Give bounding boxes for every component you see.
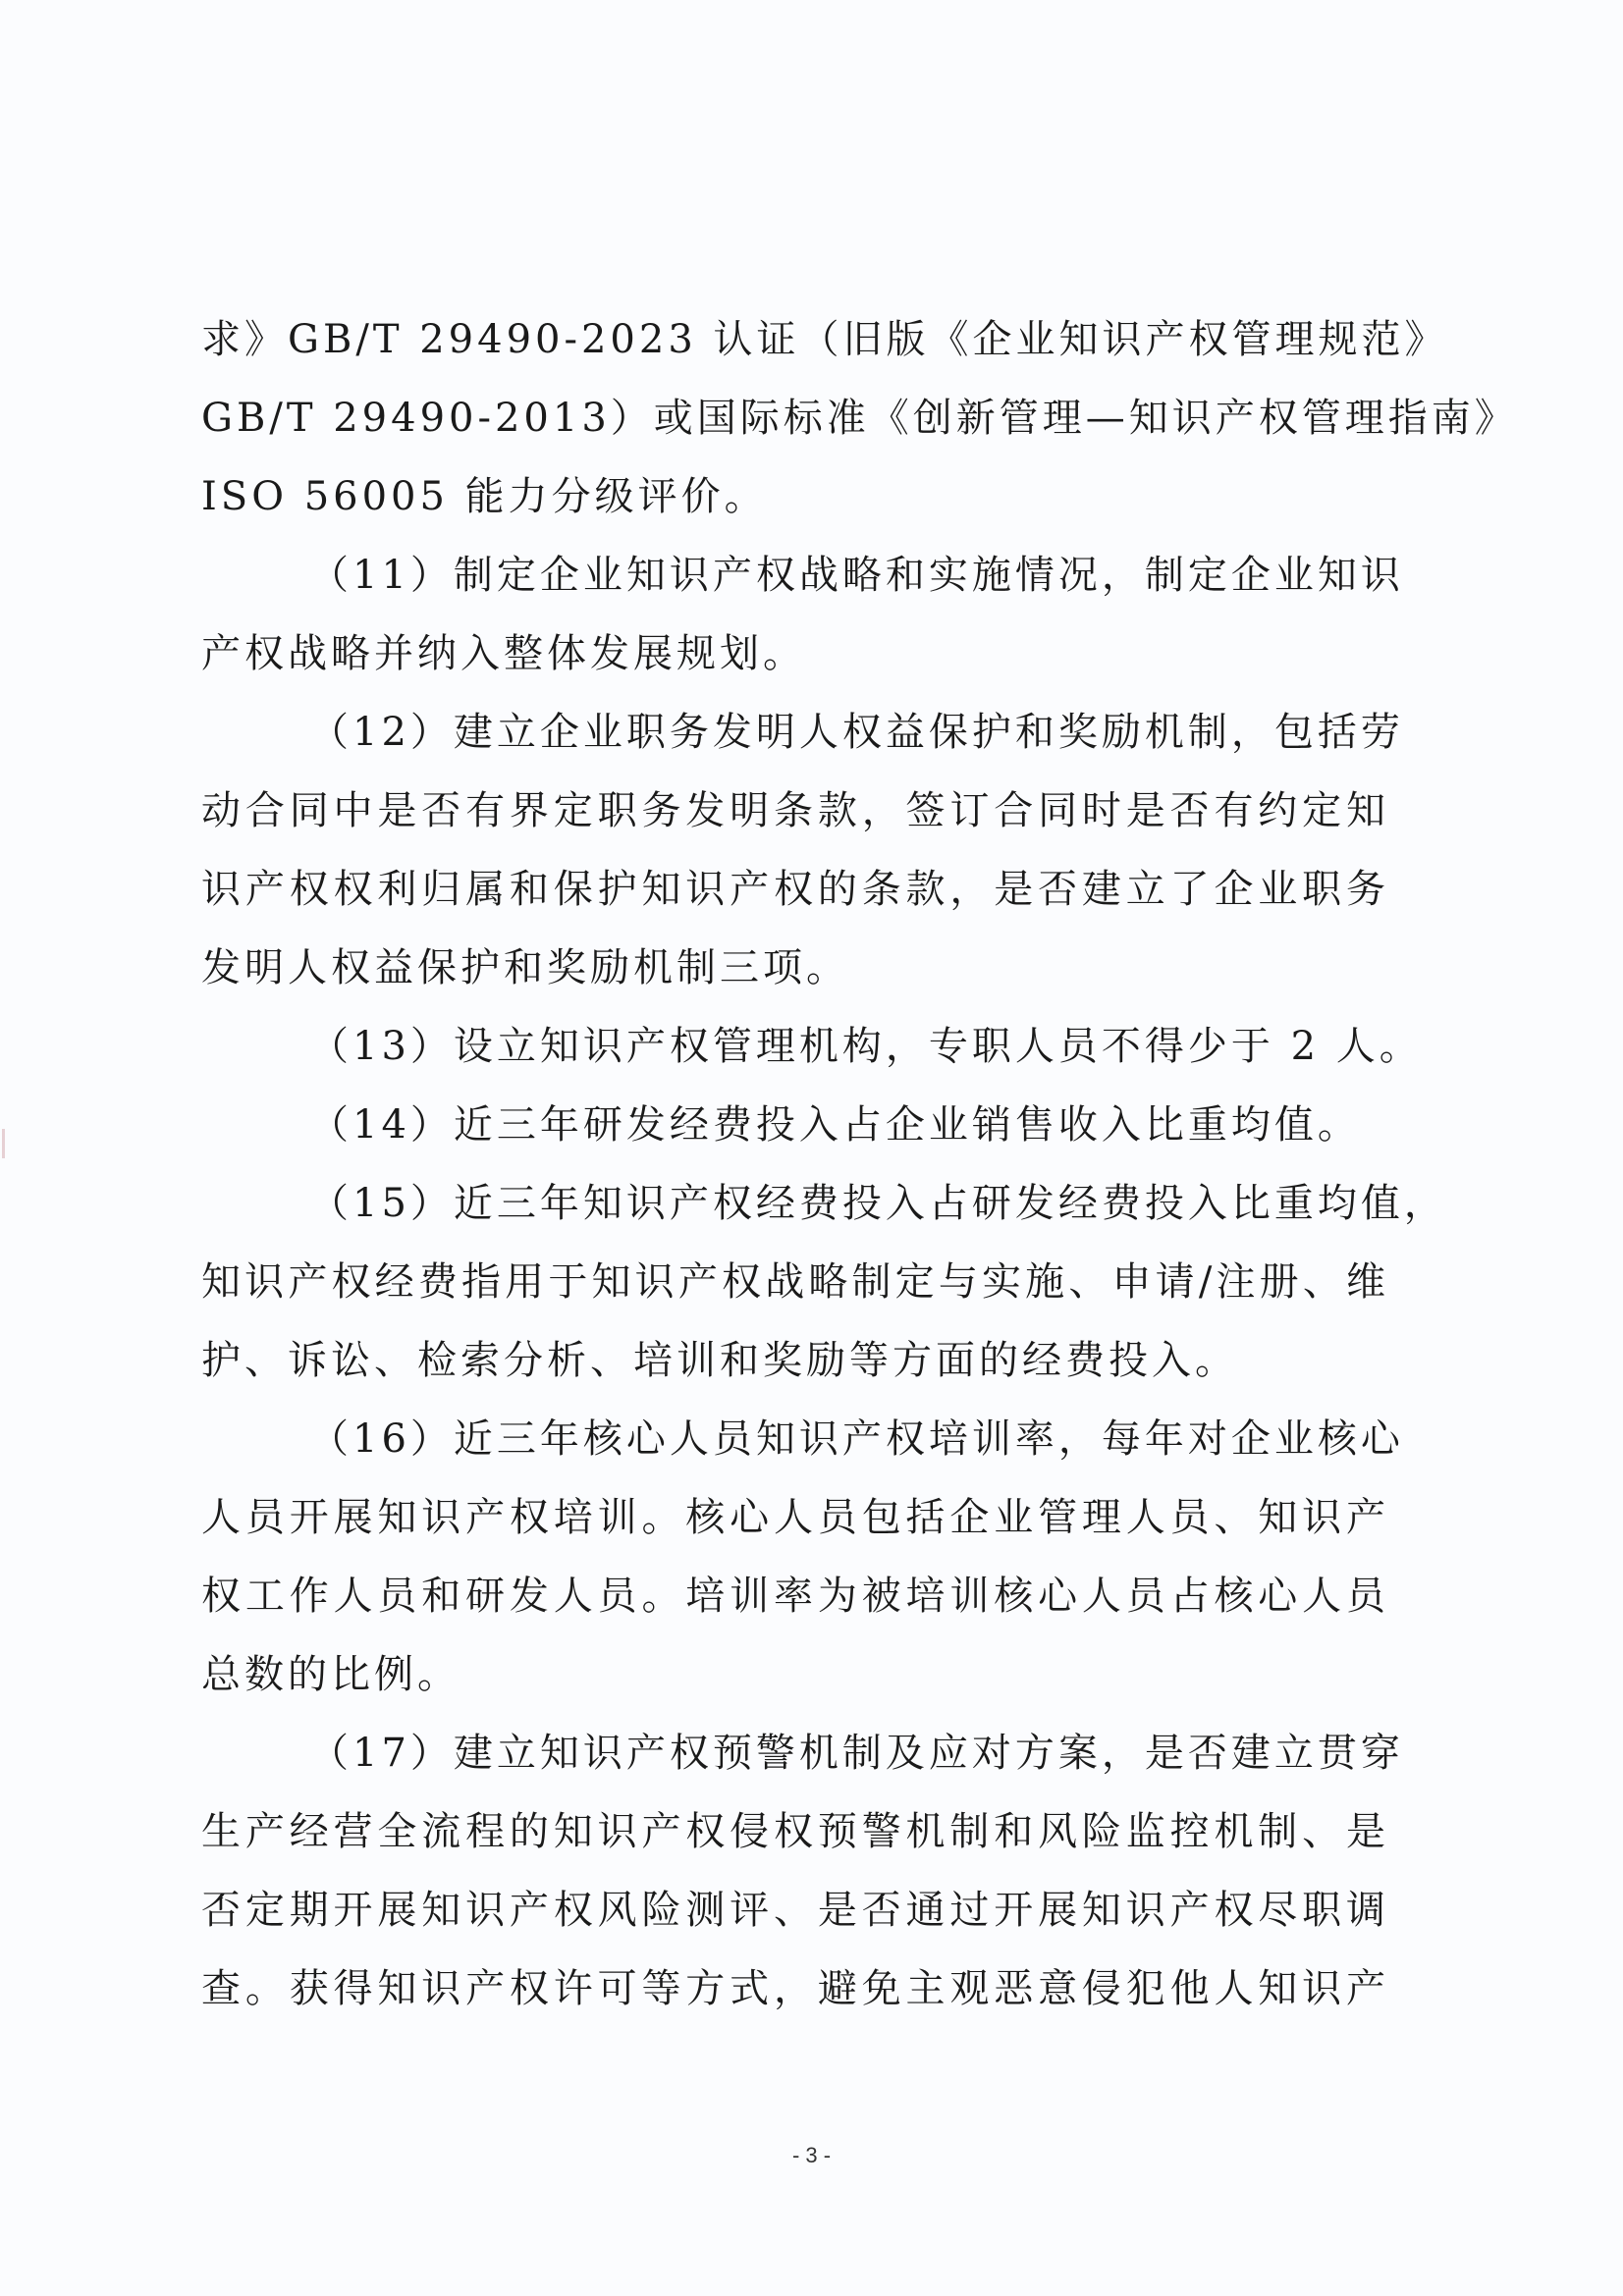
text-line: 权工作人员和研发人员。培训率为被培训核心人员占核心人员 (201, 1557, 1389, 1635)
text-line: （15）近三年知识产权经费投入占研发经费投入比重均值， (201, 1164, 1389, 1243)
text-line: 总数的比例。 (201, 1635, 1389, 1714)
text-line: 护、诉讼、检索分析、培训和奖励等方面的经费投入。 (201, 1321, 1389, 1400)
paragraph-item-15: （15）近三年知识产权经费投入占研发经费投入比重均值， 知识产权经费指用于知识产… (201, 1164, 1389, 1400)
text-line: （13）设立知识产权管理机构，专职人员不得少于 2 人。 (201, 1007, 1389, 1086)
paragraph-continuation: 求》GB/T 29490-2023 认证（旧版《企业知识产权管理规范》 GB/T… (201, 300, 1389, 536)
scan-margin-mark (2, 1129, 5, 1158)
body-text: 求》GB/T 29490-2023 认证（旧版《企业知识产权管理规范》 GB/T… (201, 300, 1389, 2028)
text-line: 求》GB/T 29490-2023 认证（旧版《企业知识产权管理规范》 (201, 300, 1389, 379)
text-line: 产权战略并纳入整体发展规划。 (201, 614, 1389, 693)
text-line: 否定期开展知识产权风险测评、是否通过开展知识产权尽职调 (201, 1871, 1389, 1949)
text-line: 动合同中是否有界定职务发明条款，签订合同时是否有约定知 (201, 772, 1389, 850)
text-line: 人员开展知识产权培训。核心人员包括企业管理人员、知识产 (201, 1478, 1389, 1557)
text-line: 生产经营全流程的知识产权侵权预警机制和风险监控机制、是 (201, 1792, 1389, 1871)
text-line: （17）建立知识产权预警机制及应对方案，是否建立贯穿 (201, 1714, 1389, 1792)
text-line: （12）建立企业职务发明人权益保护和奖励机制，包括劳 (201, 693, 1389, 772)
text-line: 发明人权益保护和奖励机制三项。 (201, 929, 1389, 1007)
paragraph-item-14: （14）近三年研发经费投入占企业销售收入比重均值。 (201, 1086, 1389, 1164)
text-line: ISO 56005 能力分级评价。 (201, 457, 1389, 536)
document-page: 求》GB/T 29490-2023 认证（旧版《企业知识产权管理规范》 GB/T… (0, 0, 1623, 2296)
text-line: 查。获得知识产权许可等方式，避免主观恶意侵犯他人知识产 (201, 1949, 1389, 2028)
text-line: （14）近三年研发经费投入占企业销售收入比重均值。 (201, 1086, 1389, 1164)
text-line: 识产权权利归属和保护知识产权的条款，是否建立了企业职务 (201, 850, 1389, 929)
text-line: GB/T 29490-2013）或国际标准《创新管理—知识产权管理指南》 (201, 379, 1389, 457)
paragraph-item-17: （17）建立知识产权预警机制及应对方案，是否建立贯穿 生产经营全流程的知识产权侵… (201, 1714, 1389, 2028)
paragraph-item-13: （13）设立知识产权管理机构，专职人员不得少于 2 人。 (201, 1007, 1389, 1086)
text-line: 知识产权经费指用于知识产权战略制定与实施、申请/注册、维 (201, 1243, 1389, 1321)
text-line: （11）制定企业知识产权战略和实施情况，制定企业知识 (201, 536, 1389, 614)
paragraph-item-16: （16）近三年核心人员知识产权培训率，每年对企业核心 人员开展知识产权培训。核心… (201, 1400, 1389, 1714)
page-number: - 3 - (0, 2143, 1623, 2168)
text-line: （16）近三年核心人员知识产权培训率，每年对企业核心 (201, 1400, 1389, 1478)
paragraph-item-12: （12）建立企业职务发明人权益保护和奖励机制，包括劳 动合同中是否有界定职务发明… (201, 693, 1389, 1007)
paragraph-item-11: （11）制定企业知识产权战略和实施情况，制定企业知识 产权战略并纳入整体发展规划… (201, 536, 1389, 693)
